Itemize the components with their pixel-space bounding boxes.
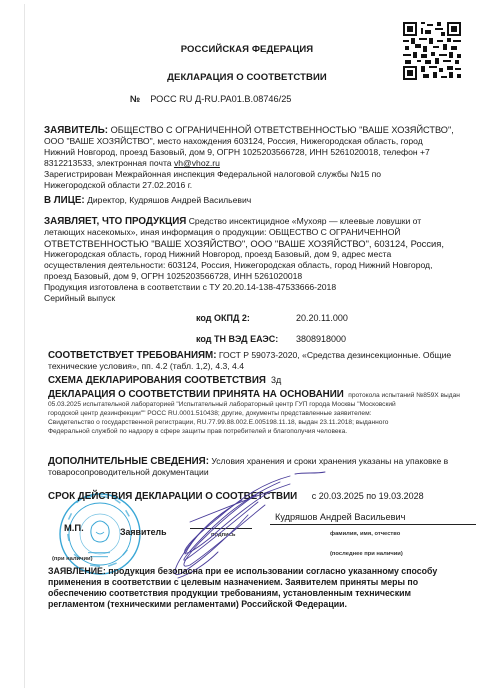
basis-section: ДЕКЛАРАЦИЯ О СООТВЕТСТВИИ ПРИНЯТА НА ОСН…	[48, 387, 488, 436]
basis-label: ДЕКЛАРАЦИЯ О СООТВЕТСТВИИ ПРИНЯТА НА ОСН…	[48, 389, 344, 400]
statement-line: обеспечению соответствия продукции требо…	[48, 588, 488, 599]
number-prefix: №	[130, 94, 140, 104]
if-any-left: (при наличии)	[52, 556, 93, 562]
represented-by: В ЛИЦЕ: Директор, Кудряшов Андрей Василь…	[44, 195, 251, 206]
product-line: проезд Базовый, дом 9, ОГРН 102520356672…	[44, 271, 484, 282]
applicant-label: ЗАЯВИТЕЛЬ:	[44, 125, 108, 136]
product-line: осуществления деятельности: 603124, Росс…	[44, 260, 484, 271]
represented-by-label: В ЛИЦЕ:	[44, 195, 85, 206]
basis-line: протокола испытаний №859Х выдан	[348, 392, 460, 399]
requirements-line: технические условия», пп. 4.2 (табл. 1,2…	[48, 361, 488, 372]
qr-code-icon	[403, 22, 461, 80]
tnved-code-row: код ТН ВЭД ЕАЭС:3808918000	[196, 334, 346, 344]
additional-label: ДОПОЛНИТЕЛЬНЫЕ СВЕДЕНИЯ:	[48, 456, 209, 467]
statement-section: ЗАЯВЛЕНИЕ: продукция безопасна при ее ис…	[48, 566, 488, 610]
basis-line: городской центр дезинфекции"" РОСС RU.00…	[48, 409, 488, 418]
basis-line: Федеральной службой по надзору в сфере з…	[48, 427, 488, 436]
document-number: №РОСС RU Д-RU.PA01.B.08746/25	[130, 94, 291, 104]
okpd-value: 20.20.11.000	[296, 313, 348, 323]
basis-line: 05.03.2025 испытательной лабораторией "И…	[48, 400, 488, 409]
product-section: ЗАЯВЛЯЕТ, ЧТО ПРОДУКЦИЯ Средство инсекти…	[44, 216, 484, 304]
number-value: РОСС RU Д-RU.PA01.B.08746/25	[150, 94, 291, 104]
product-line: летающих насекомых», иная информация о п…	[44, 227, 484, 238]
if-any-right: (последнее при наличии)	[330, 551, 403, 557]
product-line: Средство инсектицидное «Мухояр — клеевые…	[189, 216, 422, 226]
applicant-line: ООО "ВАШЕ ХОЗЯЙСТВО", место нахождения 6…	[44, 136, 484, 147]
name-caption: фамилия, имя, отчество	[330, 531, 400, 537]
statement-label: ЗАЯВЛЕНИЕ:	[48, 566, 106, 576]
scheme-row: СХЕМА ДЕКЛАРИРОВАНИЯ СООТВЕТСТВИЯ 3д	[48, 375, 281, 386]
okpd-code-row: код ОКПД 2:20.20.11.000	[196, 313, 348, 323]
applicant-line: ОБЩЕСТВО С ОГРАНИЧЕННОЙ ОТВЕТСТВЕННОСТЬЮ…	[111, 125, 454, 135]
applicant-line: Нижегородской области 27.02.2016 г.	[44, 180, 484, 191]
okpd-label: код ОКПД 2:	[196, 313, 296, 323]
requirements-label: СООТВЕТСТВУЕТ ТРЕБОВАНИЯМ:	[48, 350, 216, 361]
applicant-line: 8312213533, электронная почта	[44, 158, 174, 168]
applicant-section: ЗАЯВИТЕЛЬ: ОБЩЕСТВО С ОГРАНИЧЕННОЙ ОТВЕТ…	[44, 125, 484, 191]
product-line: Серийный выпуск	[44, 293, 484, 304]
requirements-section: СООТВЕТСТВУЕТ ТРЕБОВАНИЯМ: ГОСТ Р 59073-…	[48, 350, 488, 372]
scheme-label: СХЕМА ДЕКЛАРИРОВАНИЯ СООТВЕТСТВИЯ	[48, 375, 266, 386]
statement-line: продукция безопасна при ее использовании…	[108, 566, 437, 576]
page-edge-line	[24, 4, 25, 688]
scheme-value: 3д	[271, 375, 281, 385]
product-label: ЗАЯВЛЯЕТ, ЧТО ПРОДУКЦИЯ	[44, 216, 186, 227]
requirements-line: ГОСТ Р 59073-2020, «Средства дезинсекцио…	[219, 350, 451, 360]
applicant-line: Зарегистрирован Межрайонная инспекция Фе…	[44, 169, 484, 180]
represented-by-value: Директор, Кудряшов Андрей Васильевич	[87, 195, 251, 205]
statement-line: применения в соответствии с целевым назн…	[48, 577, 488, 588]
product-line: Нижегородская область, город Нижний Новг…	[44, 249, 484, 260]
basis-line: Свидетельство о государственной регистра…	[48, 418, 488, 427]
applicant-line: Нижний Новгород, проезд Базовый, дом 9, …	[44, 147, 484, 158]
statement-line: регламентом (техническими регламентами) …	[48, 599, 488, 610]
email-link[interactable]: vh@vhoz.ru	[174, 158, 220, 168]
product-line: Продукция изготовлена в соответствии с Т…	[44, 282, 484, 293]
additional-line: Условия хранения и сроки хранения указан…	[211, 456, 448, 466]
tnved-label: код ТН ВЭД ЕАЭС:	[196, 334, 296, 344]
mp-label: М.П.	[64, 522, 84, 533]
tnved-value: 3808918000	[296, 334, 346, 344]
product-line: ОТВЕТСТВЕННОСТЬЮ "ВАШЕ ХОЗЯЙСТВО", ООО "…	[44, 238, 484, 249]
